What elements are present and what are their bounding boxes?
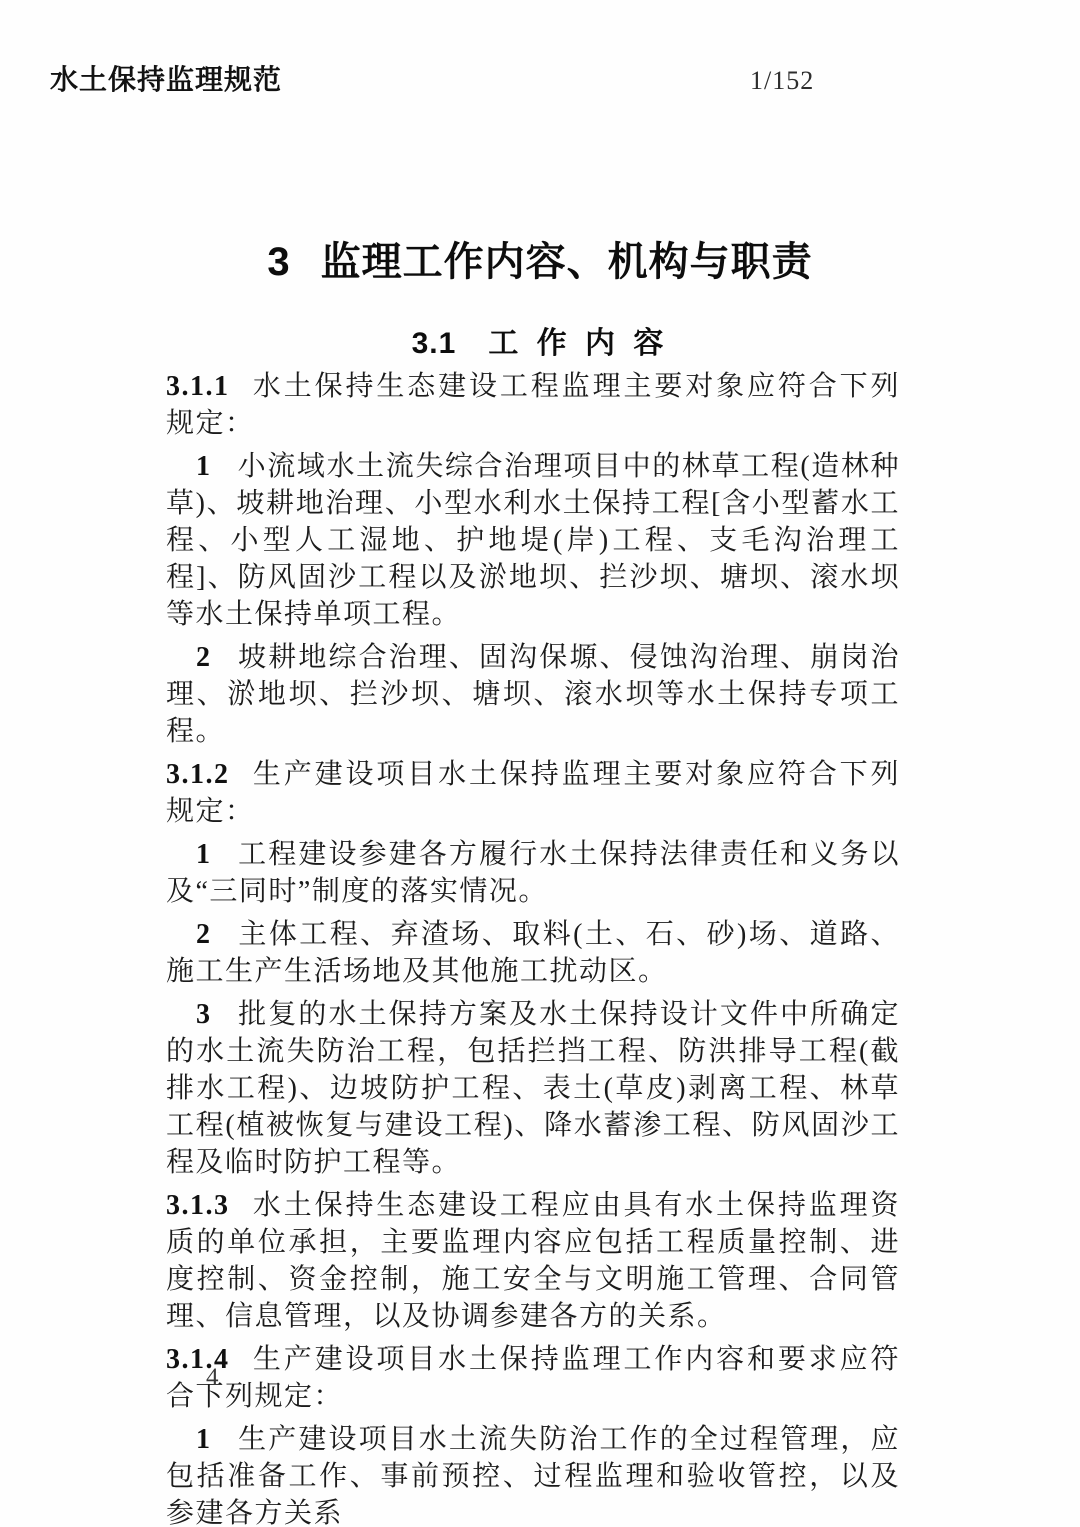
- chapter-title: 3监理工作内容、机构与职责: [0, 230, 1080, 287]
- item-paragraph-2: 2坡耕地综合治理、固沟保塬、侵蚀沟治理、崩岗治理、淤地坝、拦沙坝、塘坝、滚水坝等…: [166, 639, 900, 750]
- footer-page-number: 4: [206, 1364, 219, 1392]
- item-paragraph-2: 2主体工程、弃渣场、取料(土、石、砂)场、道路、施工生产生活场地及其他施工扰动区…: [166, 916, 900, 990]
- clause-text: 水土保持生态建设工程应由具有水土保持监理资质的单位承担，主要监理内容应包括工程质…: [166, 1190, 900, 1332]
- item-label: 1: [196, 451, 212, 482]
- chapter-title-text: 监理工作内容、机构与职责: [321, 240, 813, 284]
- clause-text: 水土保持生态建设工程监理主要对象应符合下列规定：: [166, 371, 900, 439]
- item-text: 主体工程、弃渣场、取料(土、石、砂)场、道路、施工生产生活场地及其他施工扰动区。: [166, 919, 900, 987]
- item-text: 批复的水土保持方案及水土保持设计文件中所确定的水土流失防治工程，包括拦挡工程、防…: [166, 999, 900, 1178]
- item-label: 2: [196, 642, 212, 673]
- clause-label: 3.1.1: [166, 371, 230, 402]
- item-paragraph-1: 1工程建设参建各方履行水土保持法律责任和义务以及“三同时”制度的落实情况。: [166, 836, 900, 910]
- clause-paragraph-3-1-2: 3.1.2生产建设项目水土保持监理主要对象应符合下列规定：: [166, 756, 900, 830]
- item-text: 坡耕地综合治理、固沟保塬、侵蚀沟治理、崩岗治理、淤地坝、拦沙坝、塘坝、滚水坝等水…: [166, 642, 900, 747]
- clause-label: 3.1.3: [166, 1190, 230, 1221]
- document-header-title: 水土保持监理规范: [50, 58, 282, 98]
- page-indicator: 1/152: [750, 66, 814, 96]
- document-page: 水土保持监理规范 1/152 3监理工作内容、机构与职责 3.1工 作 内 容 …: [0, 0, 1080, 1527]
- clause-text: 生产建设项目水土保持监理主要对象应符合下列规定：: [166, 759, 900, 827]
- item-paragraph-3: 3批复的水土保持方案及水土保持设计文件中所确定的水土流失防治工程，包括拦挡工程、…: [166, 996, 900, 1181]
- document-body: 3.1.1水土保持生态建设工程监理主要对象应符合下列规定： 1小流域水土流失综合…: [166, 368, 900, 1527]
- item-paragraph-1: 1生产建设项目水土流失防治工作的全过程管理，应包括准备工作、事前预控、过程监理和…: [166, 1421, 900, 1527]
- item-text: 小流域水土流失综合治理项目中的林草工程(造林种草)、坡耕地治理、小型水利水土保持…: [166, 451, 900, 630]
- item-text: 工程建设参建各方履行水土保持法律责任和义务以及“三同时”制度的落实情况。: [166, 839, 900, 907]
- section-title: 3.1工 作 内 容: [0, 318, 1080, 362]
- item-label: 1: [196, 1424, 212, 1455]
- item-label: 1: [196, 839, 212, 870]
- clause-label: 3.1.4: [166, 1344, 230, 1375]
- item-text: 生产建设项目水土流失防治工作的全过程管理，应包括准备工作、事前预控、过程监理和验…: [166, 1424, 900, 1527]
- section-title-text: 工 作 内 容: [488, 327, 668, 360]
- clause-text: 生产建设项目水土保持监理工作内容和要求应符合下列规定：: [166, 1344, 900, 1412]
- section-number: 3.1: [412, 327, 457, 360]
- item-label: 2: [196, 919, 212, 950]
- clause-paragraph-3-1-3: 3.1.3水土保持生态建设工程应由具有水土保持监理资质的单位承担，主要监理内容应…: [166, 1187, 900, 1335]
- item-label: 3: [196, 999, 212, 1030]
- clause-paragraph-3-1-1: 3.1.1水土保持生态建设工程监理主要对象应符合下列规定：: [166, 368, 900, 442]
- clause-label: 3.1.2: [166, 759, 230, 790]
- clause-paragraph-3-1-4: 3.1.4生产建设项目水土保持监理工作内容和要求应符合下列规定：: [166, 1341, 900, 1415]
- item-paragraph-1: 1小流域水土流失综合治理项目中的林草工程(造林种草)、坡耕地治理、小型水利水土保…: [166, 448, 900, 633]
- chapter-number: 3: [267, 240, 290, 284]
